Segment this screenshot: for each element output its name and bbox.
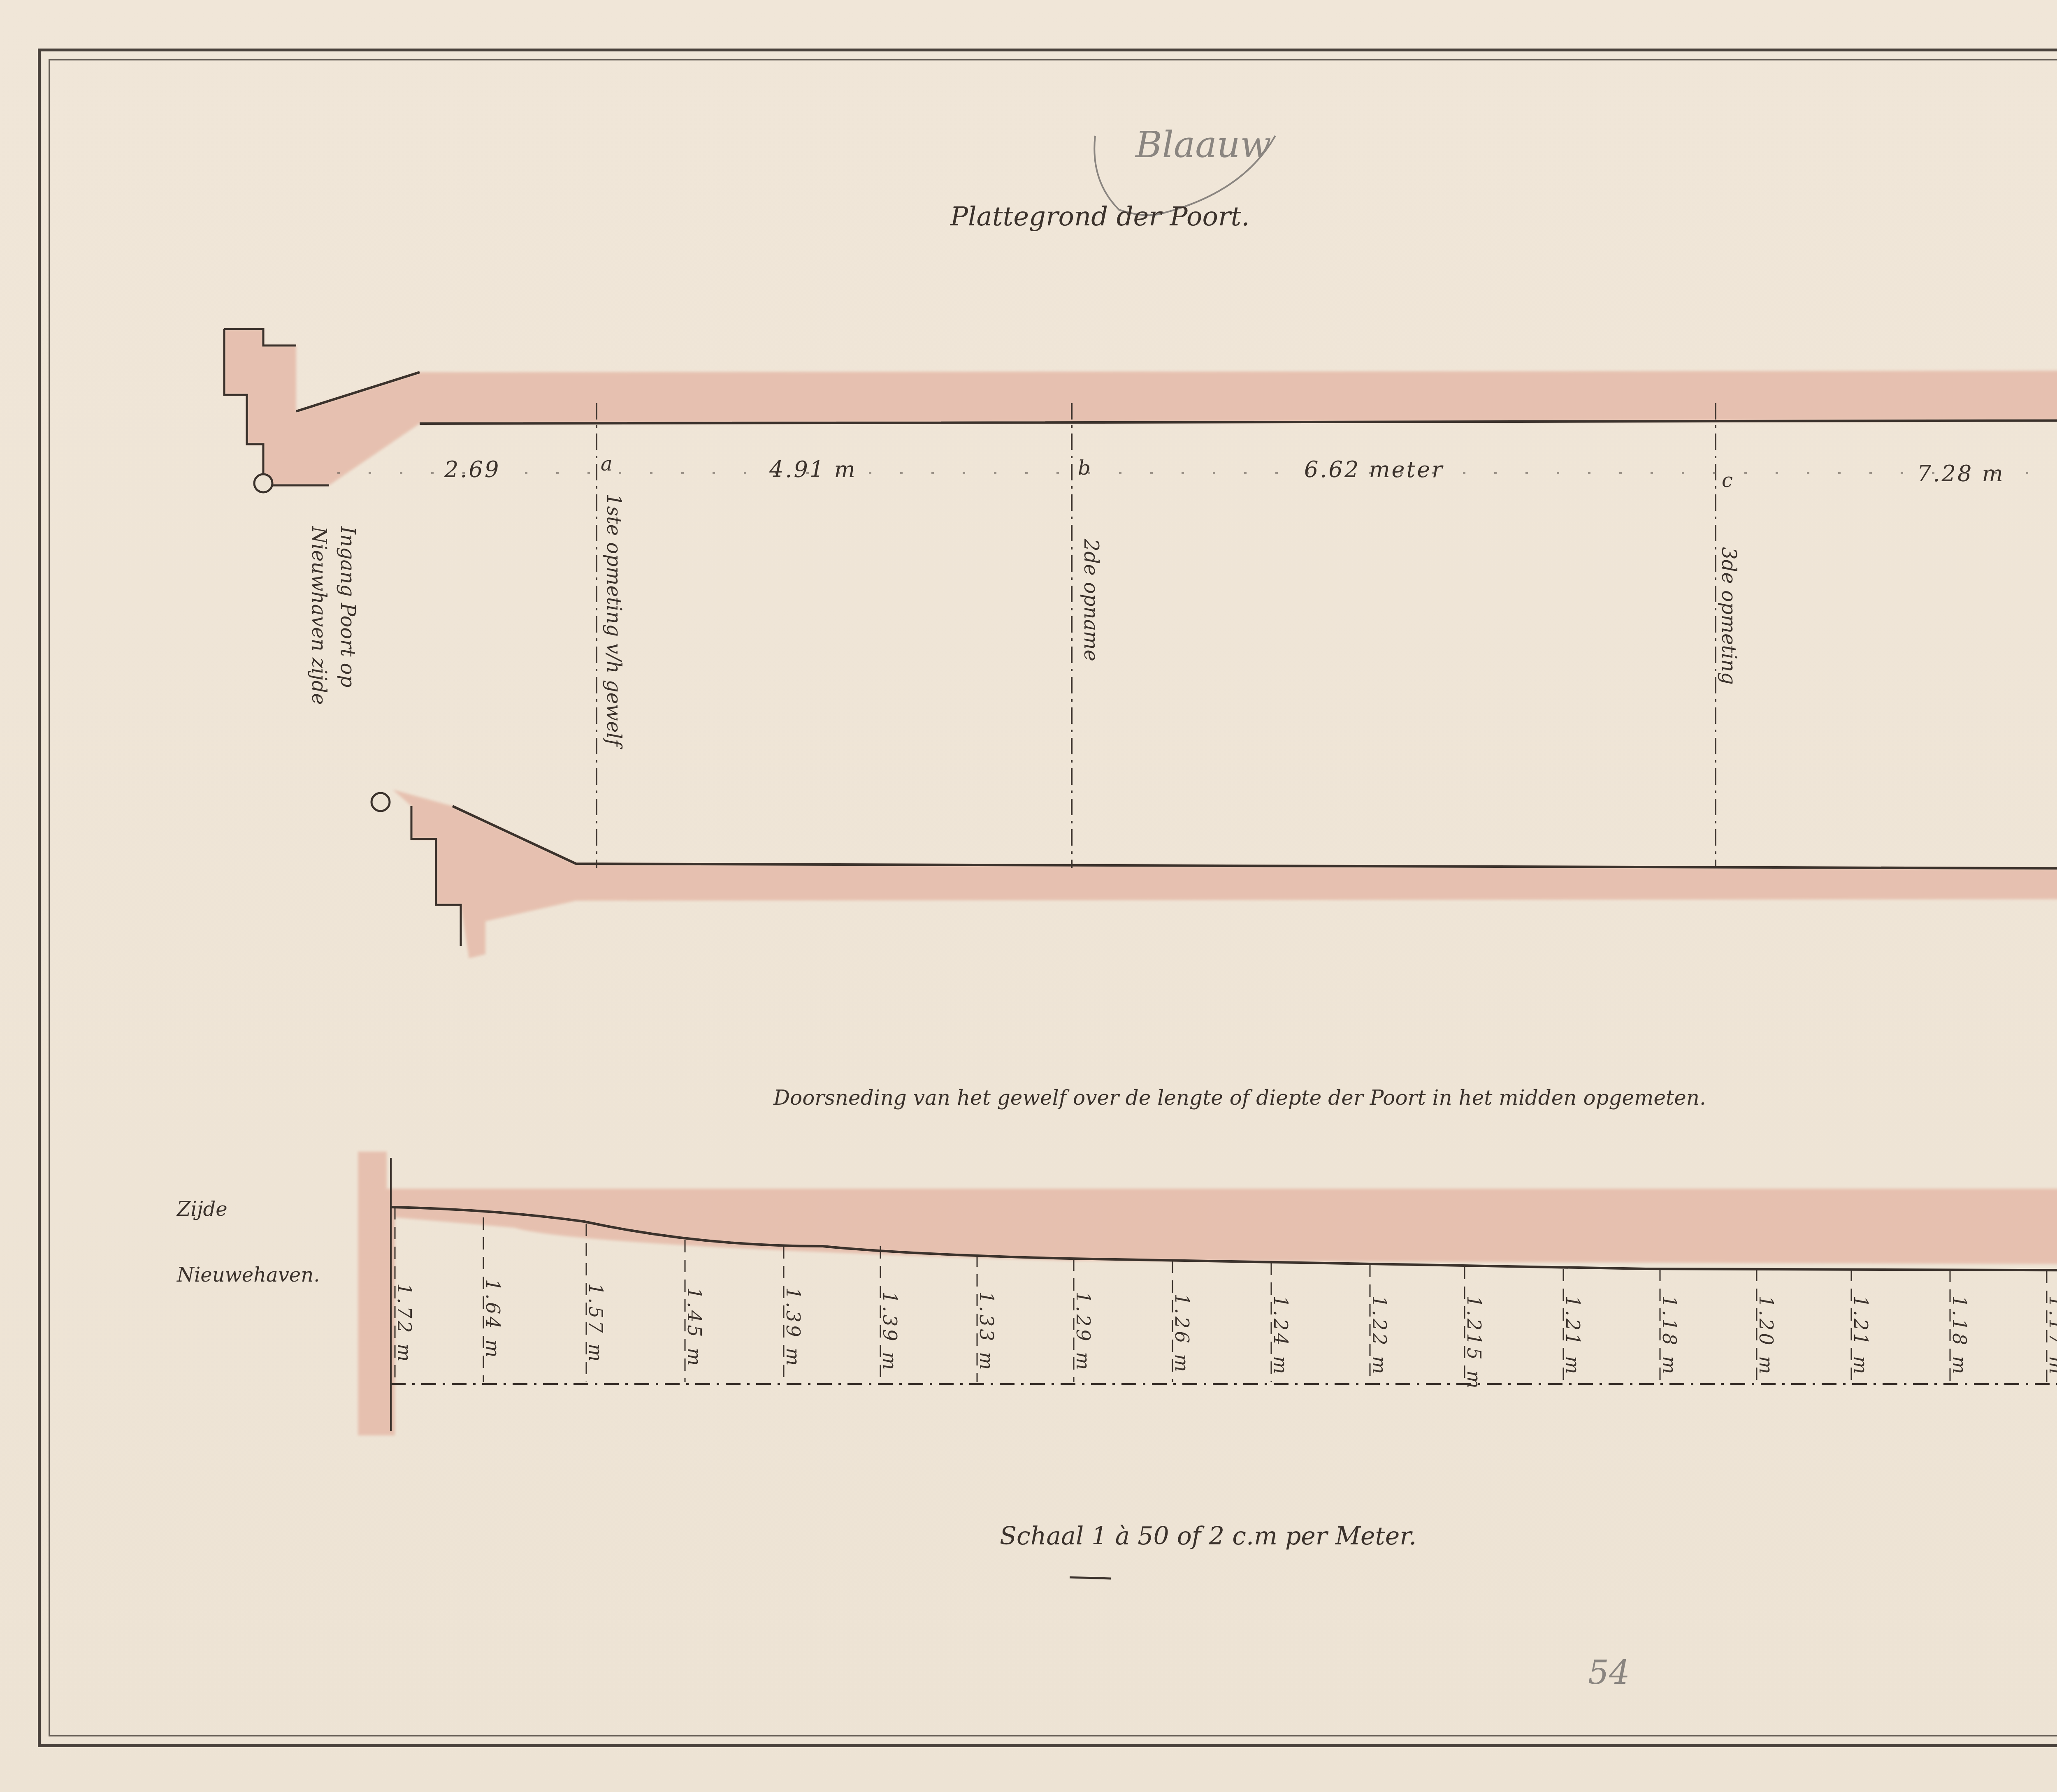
section-label-2: 2de opname (1080, 539, 1103, 661)
height-label: 1.22 m (1368, 1296, 1391, 1377)
height-label: 1.24 m (1270, 1296, 1292, 1377)
drawing-sheet: Blaauw Plattegrond der Poort. 2.69 4.91 … (0, 0, 2057, 1792)
height-label: 1.21 m (1850, 1296, 1872, 1377)
section-label-1: 1ste opmeting v/h gewelf (602, 494, 625, 746)
section-marker-a: a (601, 452, 613, 475)
section-label-3: 3de opmeting (1717, 547, 1740, 685)
section-vault (358, 1152, 2057, 1435)
dimension-label: 4.91 m (769, 457, 857, 482)
height-label: 1.57 m (585, 1283, 607, 1364)
height-label: 1.72 m (393, 1283, 416, 1364)
dimension-label: 2.69 (444, 457, 500, 482)
section-marker-c: c (1722, 469, 1733, 492)
height-label: 1.29 m (1072, 1291, 1094, 1372)
height-label: 1.17 m (2045, 1296, 2057, 1377)
post-icon (254, 474, 272, 492)
section-marker-b: b (1078, 457, 1091, 480)
height-label: 1.45 m (683, 1287, 706, 1368)
height-label: 1.18 m (1948, 1296, 1971, 1377)
height-label: 1.215 m (1463, 1296, 1485, 1391)
dimension-label: 6.62 meter (1304, 457, 1444, 482)
dimension-label: 7.28 m (1917, 461, 2005, 487)
pencil-note: Blaauw (1135, 123, 1271, 166)
height-label: 1.21 m (1562, 1296, 1584, 1377)
plan-bottom-wall (393, 790, 2057, 958)
section-title: Doorsneding van het gewelf over de lengt… (773, 1086, 1706, 1110)
height-label: 1.20 m (1755, 1296, 1777, 1377)
height-label: 1.64 m (482, 1279, 504, 1360)
height-label: 1.39 m (782, 1287, 804, 1368)
height-label: 1.26 m (1171, 1294, 1193, 1375)
height-label: 1.33 m (975, 1291, 998, 1372)
scale-note: Schaal 1 à 50 of 2 c.m per Meter. (1000, 1522, 1416, 1551)
plan-title: Plattegrond der Poort. (950, 202, 1250, 232)
sheet-number: 54 (1588, 1653, 1630, 1692)
entrance-label: Ingang Poort op Nieuwhaven zijde (304, 526, 362, 740)
height-label: 1.18 m (1658, 1296, 1681, 1377)
section-left-side-label: Zijde Nieuwehaven. (177, 1176, 309, 1308)
height-label: 1.39 m (879, 1291, 901, 1372)
